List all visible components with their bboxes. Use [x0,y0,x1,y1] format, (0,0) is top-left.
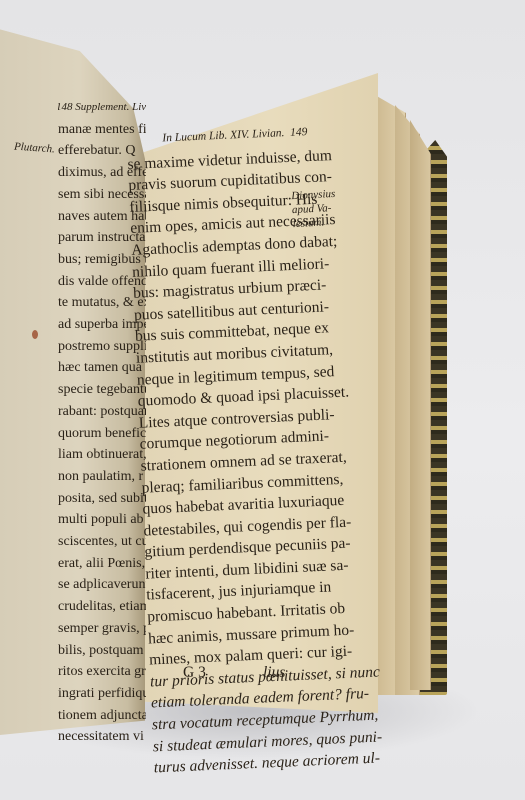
text-line: liam obtinuerat, [58,444,146,466]
text-line: semper gravis, pa [58,618,146,640]
text-line: sciscentes, ut cuiq [58,531,146,553]
text-line: necessitatem vi [58,726,146,748]
text-line: non paulatim, r [58,466,146,488]
text-line: postremo supplici [58,336,146,358]
right-margin-note: Dionysius apud Va- lesium. [291,187,337,231]
text-line: posita, sed subit [58,488,146,510]
text-line: tionem adjuncta [58,705,146,727]
text-line: crudelitas, etiam [58,596,146,618]
page-number: 149 [290,126,308,139]
text-line: hæc tamen qua [58,357,146,379]
text-line: ingrati perfidiqu [58,683,146,705]
catchword: lius [263,664,285,682]
book-photo: Plutarch. 148 Supplement. Livian. manæ m… [0,0,525,800]
page-block-edge [410,120,431,690]
text-line: quorum beneficio [58,423,146,445]
text-line: ritos exercita gr [58,661,146,683]
text-line: ad superba imperia [58,314,146,336]
left-running-head: 148 Supplement. Livian. [58,97,146,119]
foxing-stain [32,330,38,339]
signature-mark: G 3 [183,664,206,682]
text-line: multi populi ab e [58,509,146,531]
page-footer: G 3 lius [183,664,403,682]
text-line: bilis, postquam a [58,640,146,662]
text-line: se adplicaverunt. A [58,574,146,596]
text-line: erat, alii Pœnis, [58,553,146,575]
text-line: specie tegebantur [58,379,146,401]
text-line: rabant: postquam a [58,401,146,423]
